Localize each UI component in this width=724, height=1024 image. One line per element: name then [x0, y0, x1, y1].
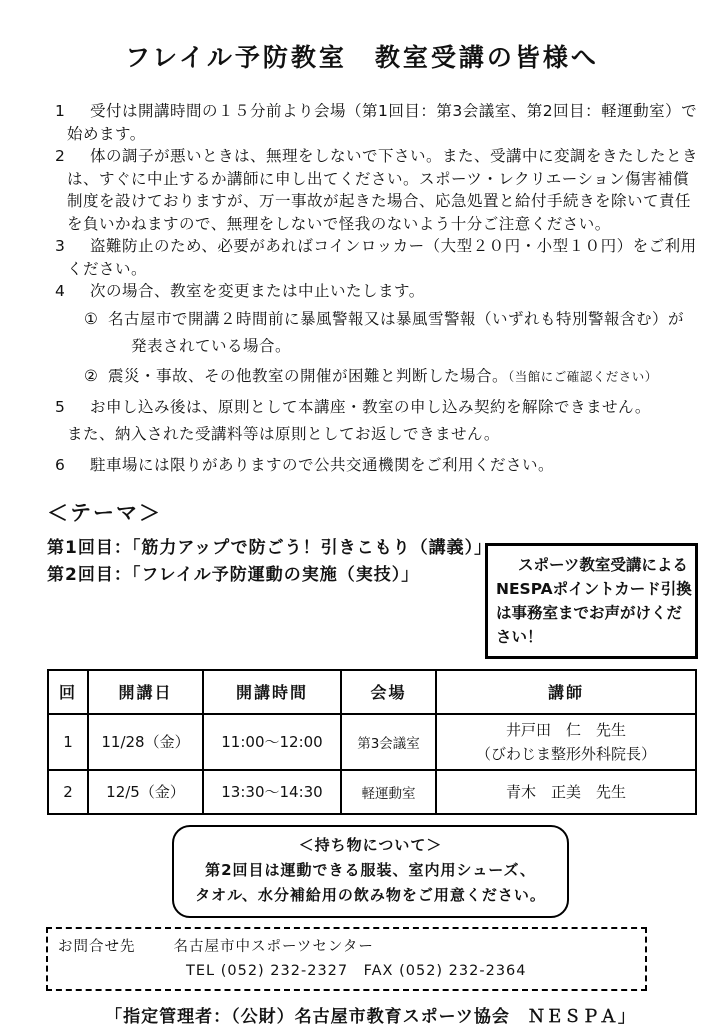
note-line: また、納入された受講料等は原則としてお返しできません。: [47, 421, 694, 448]
contact-line: お問合せ先名古屋市中スポーツセンター: [58, 935, 635, 959]
note-item-3: 3盗難防止のため、必要があればコインロッカー（大型２０円・小型１０円）をご利用 …: [47, 235, 694, 280]
instructor-name: 井戸田 仁 先生: [437, 718, 695, 742]
cell-date: 11/28（金）: [88, 714, 203, 770]
nespa-line: NESPAポイントカード引換: [496, 577, 687, 601]
nespa-line: は事務室までお声がけくだ: [496, 601, 687, 625]
note-line: 3盗難防止のため、必要があればコインロッカー（大型２０円・小型１０円）をご利用: [47, 235, 694, 258]
note-parenthetical: （当館にご確認ください）: [508, 369, 658, 384]
note-text: 名古屋市で開講２時間前に暴風警報又は暴風雪警報（いずれも特別警報含む）が: [108, 310, 684, 328]
belongings-box: ＜持ち物について＞ 第2回目は運動できる服装、室内用シューズ、 タオル、水分補給…: [172, 825, 569, 918]
cell-time: 11:00～12:00: [203, 714, 341, 770]
cell-date: 12/5（金）: [88, 770, 203, 814]
cell-venue: 軽運動室: [341, 770, 436, 814]
note-line: 4次の場合、教室を変更または中止いたします。: [47, 280, 694, 303]
note-text: 盗難防止のため、必要があればコインロッカー（大型２０円・小型１０円）をご利用: [90, 237, 697, 255]
note-item-4: 4次の場合、教室を変更または中止いたします。 ①名古屋市で開講２時間前に暴風警報…: [47, 280, 694, 390]
note-text: 次の場合、教室を変更または中止いたします。: [90, 282, 425, 300]
note-subitem-1: ①名古屋市で開講２時間前に暴風警報又は暴風雪警報（いずれも特別警報含む）が 発表…: [47, 306, 694, 360]
belongings-line: 第2回目は運動できる服装、室内用シューズ、: [184, 858, 557, 883]
instructor-name: 青木 正美 先生: [437, 780, 695, 804]
note-line: 1受付は開講時間の１５分前より会場（第1回目：第3会議室、第2回目：軽運動室）で: [47, 100, 694, 123]
page-title: フレイル予防教室 教室受講の皆様へ: [0, 0, 724, 74]
cell-instructor: 青木 正美 先生: [436, 770, 696, 814]
belongings-heading: ＜持ち物について＞: [184, 833, 557, 858]
note-line: 6駐車場には限りがありますので公共交通機関をご利用ください。: [47, 452, 694, 479]
note-line: 始めます。: [47, 123, 694, 146]
note-number: 2: [55, 145, 90, 168]
note-line: 発表されている場合。: [47, 333, 694, 360]
note-line: ①名古屋市で開講２時間前に暴風警報又は暴風雪警報（いずれも特別警報含む）が: [47, 306, 694, 333]
cell-session: 1: [48, 714, 88, 770]
nespa-line: さい！: [496, 625, 687, 649]
note-line: は、すぐに中止するか講師に申し出てください。スポーツ・レクリエーション傷害補償: [47, 168, 694, 191]
circled-number: ①: [84, 306, 108, 333]
col-header-date: 開講日: [88, 670, 203, 714]
note-text: 体の調子が悪いときは、無理をしないで下さい。また、受講中に変調をきたしたとき: [90, 147, 698, 165]
theme-heading: ＜テーマ＞: [47, 497, 694, 527]
note-number: 5: [55, 394, 90, 421]
note-item-2: 2体の調子が悪いときは、無理をしないで下さい。また、受講中に変調をきたしたとき …: [47, 145, 694, 235]
note-text: 震災・事故、その他教室の開催が困難と判断した場合。: [108, 367, 508, 385]
nespa-line: スポーツ教室受講による: [496, 553, 687, 577]
note-line: 制度を設けておりますが、万一事故が起きた場合、応急処置と給付手続きを除いて責任: [47, 190, 694, 213]
circled-number: ②: [84, 363, 108, 390]
note-line: を負いかねますので、無理をしないで怪我のないよう十分ご注意ください。: [47, 213, 694, 236]
note-number: 4: [55, 280, 90, 303]
note-subitem-2: ②震災・事故、その他教室の開催が困難と判断した場合。（当館にご確認ください）: [47, 363, 694, 390]
note-text: 受付は開講時間の１５分前より会場（第1回目：第3会議室、第2回目：軽運動室）で: [90, 102, 697, 120]
table-row-1: 1 11/28（金） 11:00～12:00 第3会議室 井戸田 仁 先生 （び…: [48, 714, 696, 770]
note-item-6: 6駐車場には限りがありますので公共交通機関をご利用ください。: [47, 452, 694, 479]
note-line: 2体の調子が悪いときは、無理をしないで下さい。また、受講中に変調をきたしたとき: [47, 145, 694, 168]
instructor-note: （びわじま整形外科院長）: [437, 742, 695, 766]
contact-box: お問合せ先名古屋市中スポーツセンター TEL (052) 232-2327 FA…: [46, 927, 647, 991]
schedule-table: 回 開講日 開講時間 会場 講師 1 11/28（金） 11:00～12:00 …: [47, 669, 697, 815]
note-line: 5お申し込み後は、原則として本講座・教室の申し込み契約を解除できません。: [47, 394, 694, 421]
document-page: フレイル予防教室 教室受講の皆様へ 1受付は開講時間の１５分前より会場（第1回目…: [0, 0, 724, 1024]
note-number: 6: [55, 452, 90, 479]
cell-instructor: 井戸田 仁 先生 （びわじま整形外科院長）: [436, 714, 696, 770]
belongings-line: タオル、水分補給用の飲み物をご用意ください。: [184, 883, 557, 908]
contact-label: お問合せ先: [58, 939, 136, 955]
schedule-header-row: 回 開講日 開講時間 会場 講師: [48, 670, 696, 714]
contact-center-name: 名古屋市中スポーツセンター: [174, 939, 374, 955]
cell-venue: 第3会議室: [341, 714, 436, 770]
note-item-5: 5お申し込み後は、原則として本講座・教室の申し込み契約を解除できません。 また、…: [47, 394, 694, 448]
table-row-2: 2 12/5（金） 13:30～14:30 軽運動室 青木 正美 先生: [48, 770, 696, 814]
note-text: お申し込み後は、原則として本講座・教室の申し込み契約を解除できません。: [90, 398, 651, 416]
note-line: ②震災・事故、その他教室の開催が困難と判断した場合。（当館にご確認ください）: [47, 363, 694, 390]
nespa-note-box: スポーツ教室受講による NESPAポイントカード引換 は事務室までお声がけくだ …: [485, 543, 698, 659]
col-header-instructor: 講師: [436, 670, 696, 714]
col-header-time: 開講時間: [203, 670, 341, 714]
col-header-session: 回: [48, 670, 88, 714]
notes-list: 1受付は開講時間の１５分前より会場（第1回目：第3会議室、第2回目：軽運動室）で…: [47, 100, 694, 479]
note-line: ください。: [47, 258, 694, 281]
note-number: 1: [55, 100, 90, 123]
cell-time: 13:30～14:30: [203, 770, 341, 814]
note-text: 駐車場には限りがありますので公共交通機関をご利用ください。: [90, 456, 554, 474]
note-number: 3: [55, 235, 90, 258]
designated-manager-line: 「指定管理者：（公財）名古屋市教育スポーツ協会 ＮＥＳＰＡ」: [47, 1002, 694, 1024]
note-item-1: 1受付は開講時間の１５分前より会場（第1回目：第3会議室、第2回目：軽運動室）で…: [47, 100, 694, 145]
contact-tel-fax: TEL (052) 232-2327 FAX (052) 232-2364: [58, 959, 635, 983]
col-header-venue: 会場: [341, 670, 436, 714]
cell-session: 2: [48, 770, 88, 814]
